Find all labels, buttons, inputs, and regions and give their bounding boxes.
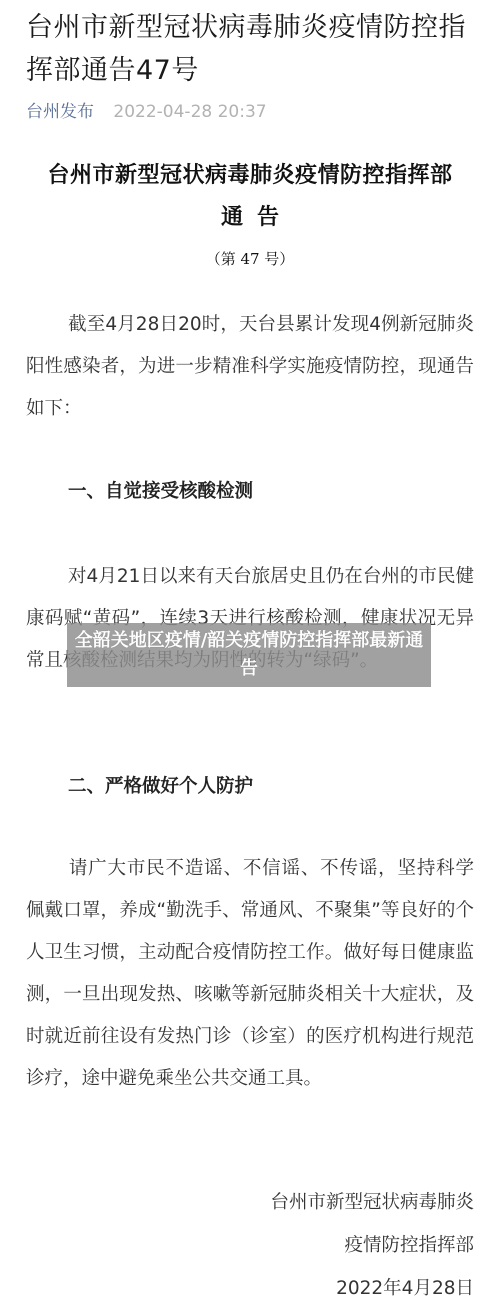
signature-org-line1: 台州市新型冠状病毒肺炎 bbox=[270, 1182, 474, 1224]
caption-overlay: 全韶关地区疫情/韶关疫情防控指挥部最新通告 bbox=[67, 623, 431, 687]
source-link[interactable]: 台州发布 bbox=[26, 102, 94, 122]
section-2-title: 二、严格做好个人防护 bbox=[68, 772, 253, 802]
document-number: （第 47 号） bbox=[0, 248, 500, 270]
document-heading-line1: 台州市新型冠状病毒肺炎疫情防控指挥部 bbox=[0, 160, 500, 190]
document-heading-line2: 通告 bbox=[0, 202, 500, 232]
section-2-text: 请广大市民不造谣、不信谣、不传谣，坚持科学佩戴口罩，养成“勤洗手、常通风、不聚集… bbox=[26, 858, 474, 1089]
publish-time: 2022-04-28 20:37 bbox=[113, 102, 266, 122]
article-title: 台州市新型冠状病毒肺炎疫情防控指挥部通告47号 bbox=[26, 6, 486, 92]
signature-date: 2022年4月28日 bbox=[336, 1268, 474, 1310]
article-meta: 台州发布 2022-04-28 20:37 bbox=[26, 100, 267, 124]
intro-paragraph: 截至4月28日20时，天台县累计发现4例新冠肺炎阳性感染者，为进一步精准科学实施… bbox=[26, 304, 474, 430]
section-1-title: 一、自觉接受核酸检测 bbox=[68, 477, 253, 507]
section-2-body: 请广大市民不造谣、不信谣、不传谣，坚持科学佩戴口罩，养成“勤洗手、常通风、不聚集… bbox=[26, 848, 474, 1100]
signature-org-line2: 疫情防控指挥部 bbox=[344, 1225, 474, 1267]
document-heading: 台州市新型冠状病毒肺炎疫情防控指挥部 通告 （第 47 号） bbox=[0, 160, 500, 270]
intro-text: 截至4月28日20时，天台县累计发现4例新冠肺炎阳性感染者，为进一步精准科学实施… bbox=[26, 314, 474, 419]
